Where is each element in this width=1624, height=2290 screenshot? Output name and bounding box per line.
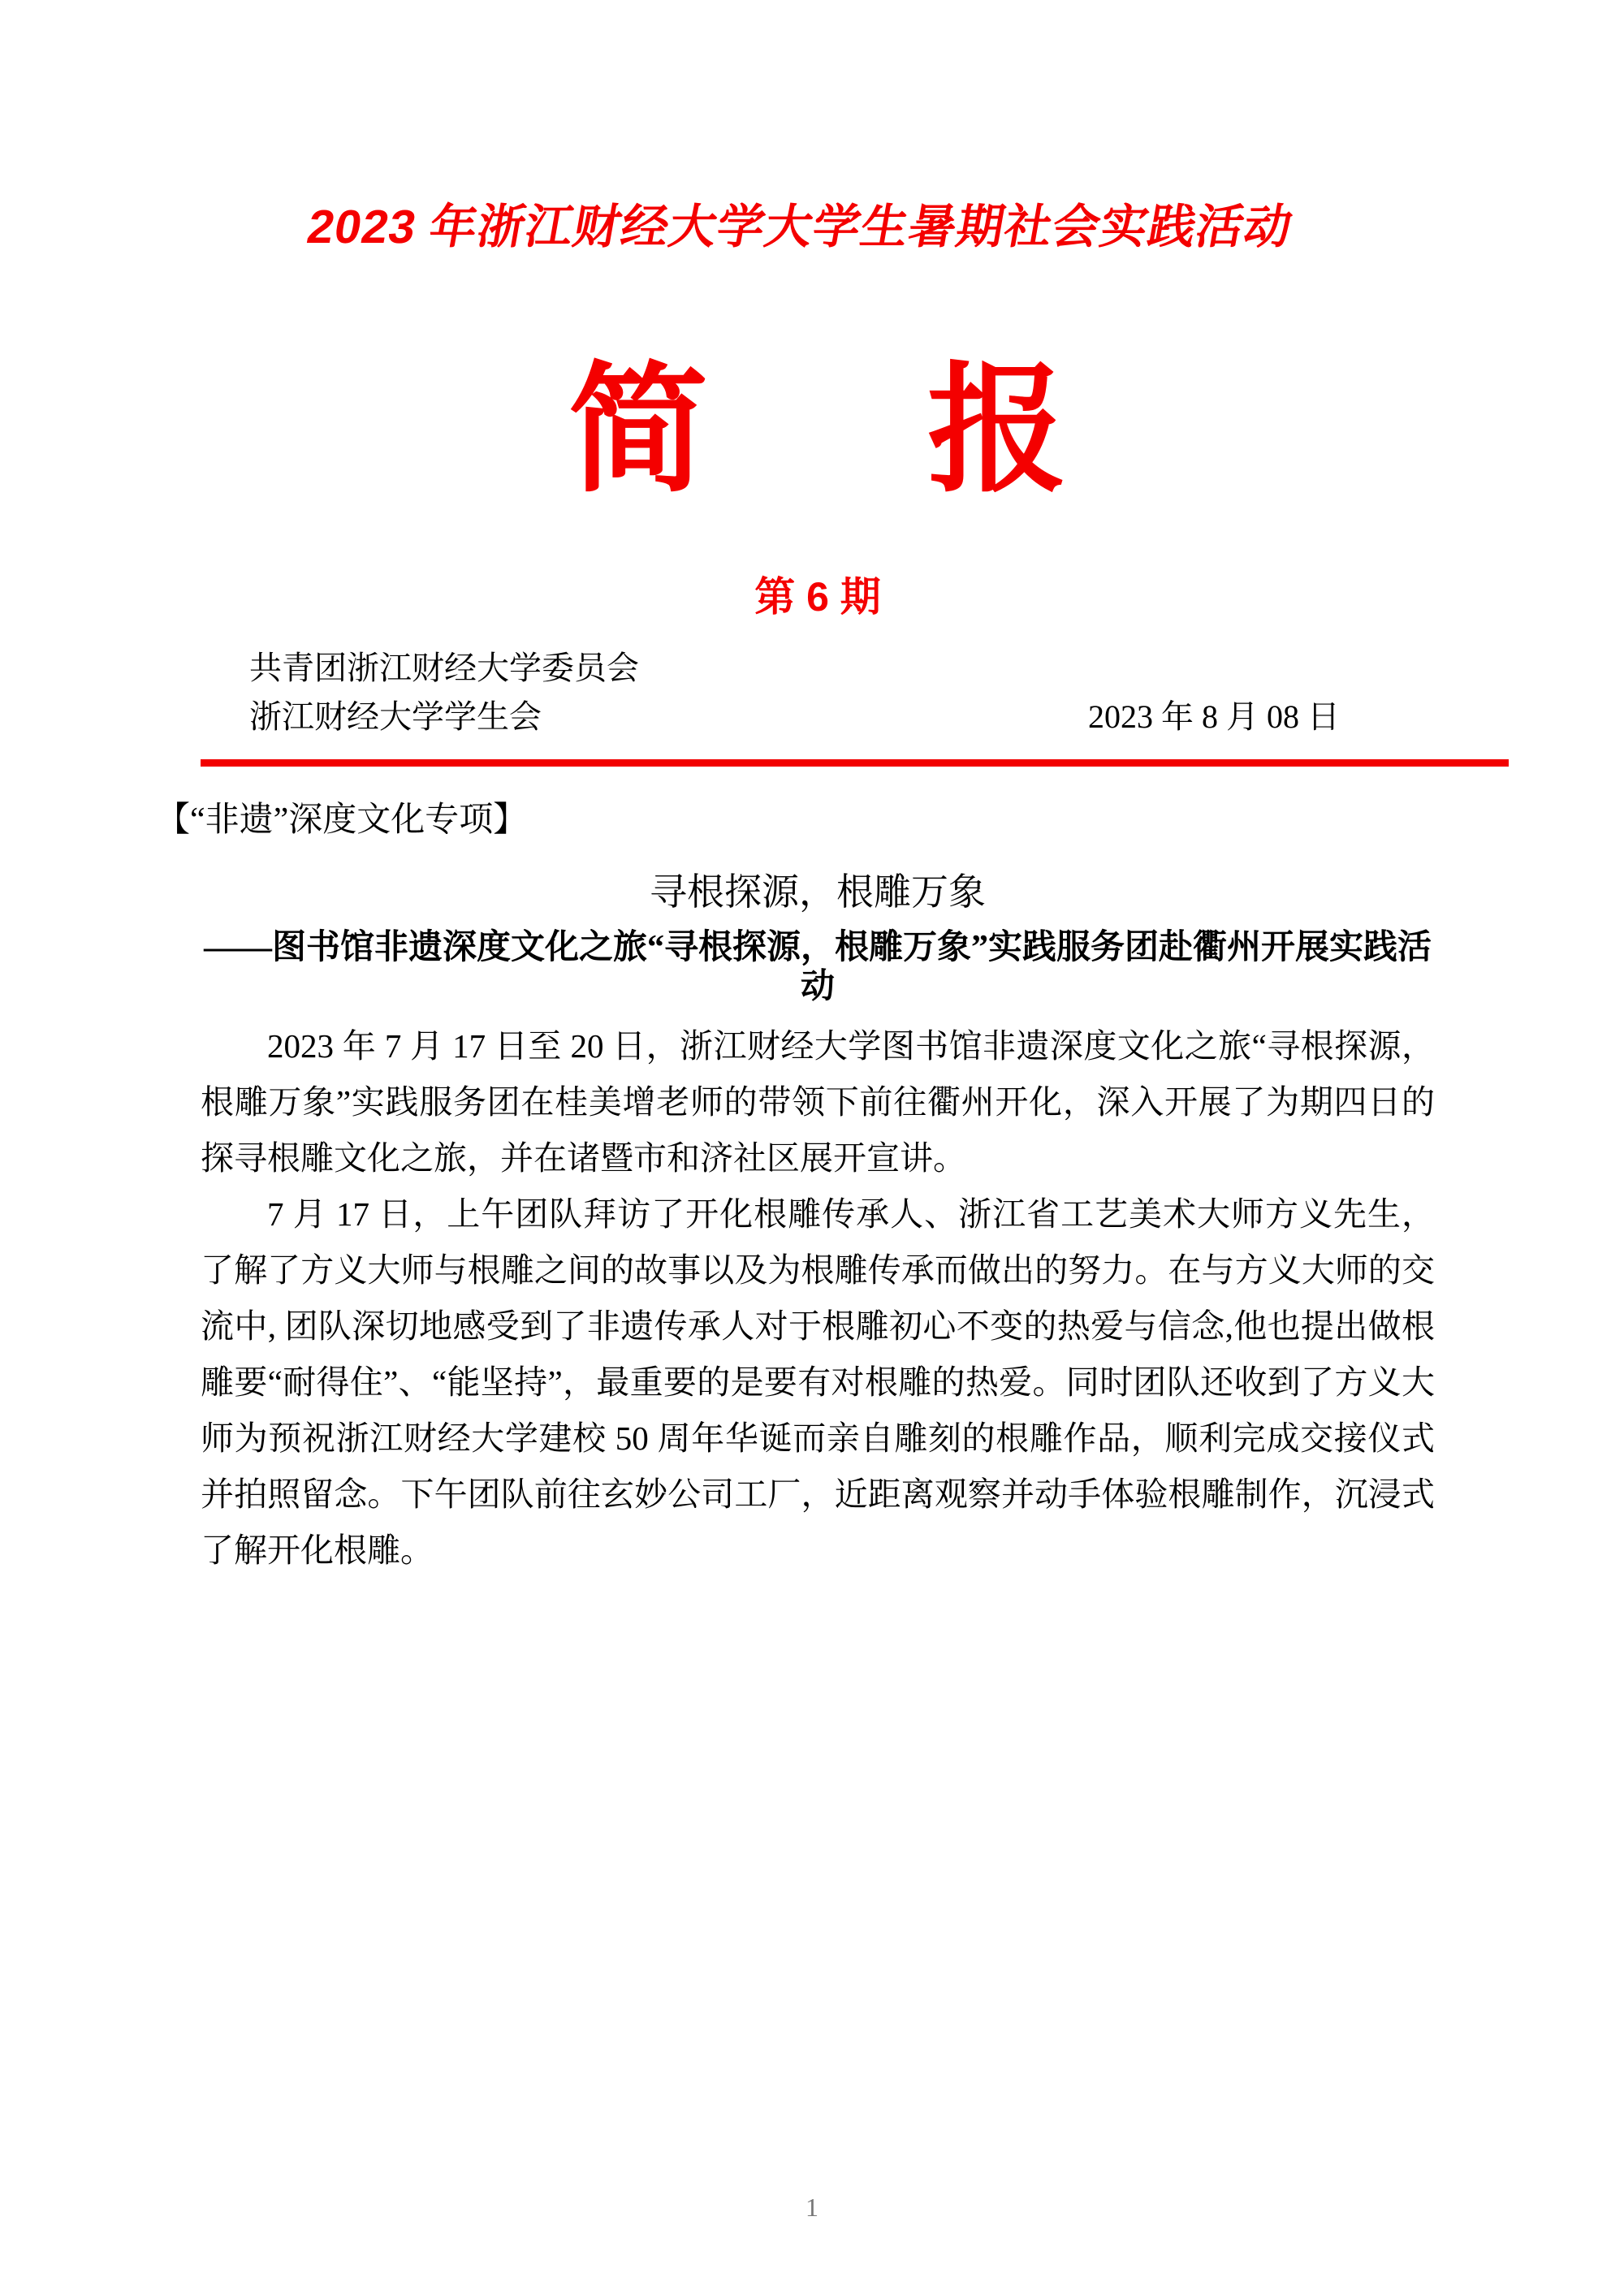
org-row-2: 浙江财经大学学生会 2023 年 8 月 08 日 bbox=[201, 693, 1435, 741]
issue-date: 2023 年 8 月 08 日 bbox=[1088, 693, 1340, 741]
article-paragraph-2: 7 月 17 日，上午团队拜访了开化根雕传承人、浙江省工艺美术大师方义先生，了解… bbox=[201, 1186, 1435, 1579]
header-block: 共青团浙江财经大学委员会 浙江财经大学学生会 2023 年 8 月 08 日 bbox=[201, 644, 1435, 741]
masthead: 简 报 bbox=[201, 357, 1435, 504]
event-title: 2023 年浙江财经大学大学生暑期社会实践活动 bbox=[178, 0, 1457, 256]
page-content: 2023 年浙江财经大学大学生暑期社会实践活动 简 报 第 6 期 共青团浙江财… bbox=[201, 0, 1435, 1579]
masthead-char-1: 简 bbox=[568, 357, 708, 504]
org-name-committee: 共青团浙江财经大学委员会 bbox=[249, 644, 639, 693]
article-paragraph-1: 2023 年 7 月 17 日至 20 日，浙江财经大学图书馆非遗深度文化之旅“… bbox=[201, 1018, 1435, 1186]
document-page: 2023 年浙江财经大学大学生暑期社会实践活动 简 报 第 6 期 共青团浙江财… bbox=[0, 0, 1624, 2290]
issue-number: 第 6 期 bbox=[201, 572, 1435, 621]
org-row-1: 共青团浙江财经大学委员会 bbox=[201, 644, 1435, 693]
article-title: 寻根探源，根雕万象 bbox=[201, 872, 1435, 914]
red-divider-rule bbox=[201, 759, 1509, 767]
org-name-student-union: 浙江财经大学学生会 bbox=[249, 693, 542, 741]
section-tag: 【“非遗”深度文化专项】 bbox=[156, 801, 1435, 840]
page-number: 1 bbox=[0, 2193, 1624, 2223]
article-subtitle: ——图书馆非遗深度文化之旅“寻根探源，根雕万象”实践服务团赴衢州开展实践活动 bbox=[201, 928, 1435, 1007]
masthead-char-2: 报 bbox=[927, 357, 1067, 504]
